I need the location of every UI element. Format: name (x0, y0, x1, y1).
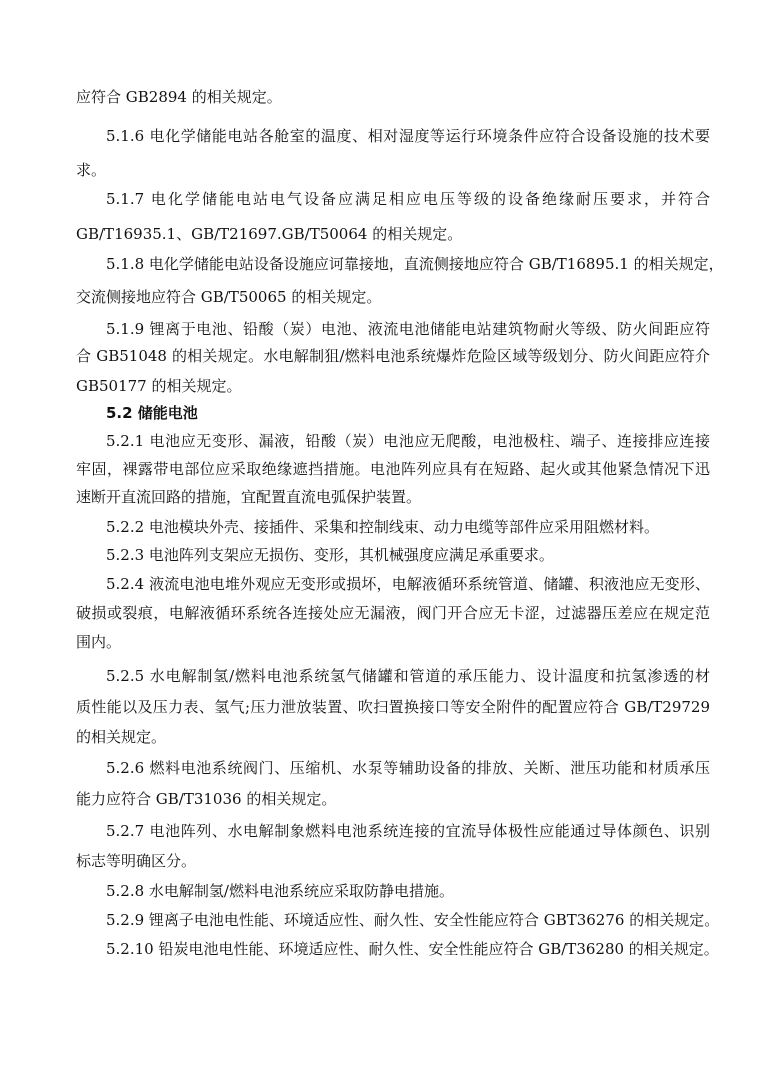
text-line: 应符合 GB2894 的相关规定。 (76, 87, 282, 107)
text-line: 牢固，裸露带电部位应采取绝缘遮挡措施。电池阵列应具有在短路、起火或其他紧急情况下… (76, 459, 710, 479)
text-line: 5.1.7 电化学储能电站电气设备应满足相应电压等级的设备绝缘耐压要求，并符合 (106, 189, 710, 209)
text-line: 5.2.1 电池应无变形、漏液，铅酸（炭）电池应无爬酸，电池极柱、端子、连接排应… (106, 431, 710, 451)
text-line: 5.2.7 电池阵列、水电解制象燃料电池系统连接的宜流导体极性应能通过导体颜色、… (106, 821, 710, 841)
text-line: 速断开直流回路的措施，宜配置直流电弧保护装置。 (76, 487, 421, 507)
text-line: 求。 (76, 160, 106, 180)
text-line: 5.2.10 铅炭电池电性能、环境适应性、耐久性、安全性能应符合 GB/T362… (106, 939, 719, 959)
text-line: 能力应符合 GB/T31036 的相关规定。 (76, 789, 336, 809)
text-line: 5.2.5 水电解制氢/燃料电池系统氢气储罐和管道的承压能力、设计温度和抗氢渗透… (106, 666, 710, 686)
text-line: 围内。 (76, 632, 121, 652)
text-line: 标志等明确区分。 (76, 851, 196, 871)
text-line: 质性能以及压力表、氢气;压力泄放装置、吹扫置换接口等安全附件的配置应符合 GB/… (76, 697, 710, 717)
text-line: 5.1.6 电化学储能电站各舱室的温度、相对湿度等运行环境条件应符合设备设施的技… (106, 126, 710, 146)
text-line: GB50177 的相关规定。 (76, 376, 242, 396)
text-line: 5.2.2 电池模块外壳、接插件、采集和控制线束、动力电缆等部件应采用阻燃材料。 (106, 517, 659, 537)
text-line: 5.2.3 电池阵列支架应无损伤、变形，其机械强度应满足承重要求。 (106, 545, 554, 565)
section-heading: 5.2 储能电池 (106, 403, 198, 423)
text-line: GB/T16935.1、GB/T21697.GB/T50064 的相关规定。 (76, 224, 462, 244)
text-line: 5.1.9 锂离于电池、铅酸（炭）电池、液流电池储能电站建筑物耐火等级、防火间距… (106, 319, 710, 339)
text-line: 5.2.8 水电解制氢/燃料电池系统应采取防静电措施。 (106, 881, 454, 901)
text-line: 5.2.9 锂离子电池电性能、环境适应性、耐久性、安全性能应符合 GBT3627… (106, 910, 719, 930)
text-line: 交流侧接地应符合 GB/T50065 的相关规定。 (76, 287, 381, 307)
text-line: 5.2.6 燃料电池系统阀门、压缩机、水泵等辅助设备的排放、关断、泄压功能和材质… (106, 758, 710, 778)
text-line: 5.1.8 电化学储能电站设备设施应诃靠接地，直流侧接地应符合 GB/T1689… (106, 254, 710, 274)
text-line: 5.2.4 液流电池电堆外观应无变形或损坏，电解液循环系统管道、储罐、积液池应无… (106, 574, 710, 594)
text-line: 合 GB51048 的相关规定。水电解制狙/燃料电池系统爆炸危险区域等级划分、防… (76, 346, 710, 366)
text-line: 破损或裂痕，电解液循环系统各连接处应无漏液，阀门开合应无卡涩，过滤器压差应在规定… (76, 603, 710, 623)
text-line: 的相关规定。 (76, 727, 166, 747)
